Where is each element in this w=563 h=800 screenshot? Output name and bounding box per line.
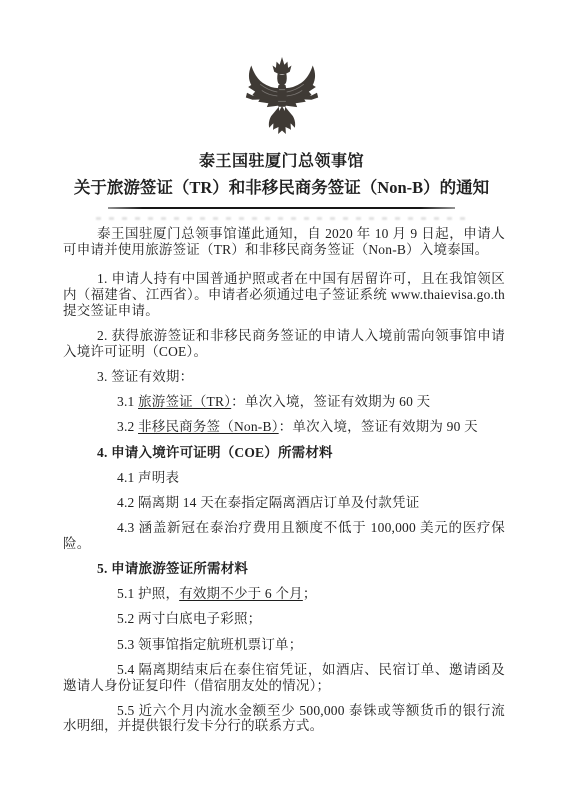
item-1: 1. 申请人持有中国普通护照或者在中国有居留许可，且在我馆领区内（福建省、江西省… <box>63 271 505 318</box>
notice-body: 泰王国驻厦门总领事馆谨此通知，自 2020 年 10 月 9 日起，申请人可申请… <box>63 226 505 734</box>
item-5-1-rest: ； <box>303 586 317 601</box>
item-5-heading: 5. 申请旅游签证所需材料 <box>63 561 505 577</box>
item-3: 3. 签证有效期： <box>63 369 505 385</box>
item-4-1: 4.1 声明表 <box>63 470 505 486</box>
item-5-1-lead: 5.1 护照， <box>117 586 179 601</box>
item-5-1: 5.1 护照，有效期不少于 6 个月； <box>63 586 505 602</box>
item-3-1: 3.1 旅游签证（TR）：单次入境，签证有效期为 60 天 <box>63 394 505 410</box>
item-4-3: 4.3 涵盖新冠在泰治疗费用且额度不低于 100,000 美元的医疗保险。 <box>63 520 505 551</box>
item-3-2-rest: ：单次入境，签证有效期为 90 天 <box>279 419 478 434</box>
item-5-4: 5.4 隔离期结束后在泰住宿凭证，如酒店、民宿订单、邀请函及邀请人身份证复印件（… <box>63 662 505 693</box>
item-5-5: 5.5 近六个月内流水金额至少 500,000 泰铢或等额货币的银行流水明细，并… <box>63 703 505 734</box>
item-3-1-rest: ：单次入境，签证有效期为 60 天 <box>231 394 430 409</box>
item-5-3: 5.3 领事馆指定航班机票订单； <box>63 637 505 653</box>
item-3-2-underlined: 非移民商务签（Non-B） <box>138 419 279 434</box>
item-2: 2. 获得旅游签证和非移民商务签证的申请人入境前需向领事馆申请入境许可证明（CO… <box>63 328 505 359</box>
document-page: 泰王国驻厦门总领事馆 关于旅游签证（TR）和非移民商务签证（Non-B）的通知 … <box>0 0 563 800</box>
item-3-1-underlined: 旅游签证（TR） <box>138 394 231 409</box>
notice-title: 关于旅游签证（TR）和非移民商务签证（Non-B）的通知 <box>0 178 563 197</box>
item-4-2: 4.2 隔离期 14 天在泰指定隔离酒店订单及付款凭证 <box>63 495 505 511</box>
item-5-2: 5.2 两寸白底电子彩照； <box>63 611 505 627</box>
title-divider <box>108 207 455 209</box>
item-3-2-number: 3.2 <box>117 419 138 434</box>
item-3-2: 3.2 非移民商务签（Non-B）：单次入境，签证有效期为 90 天 <box>63 419 505 435</box>
item-3-1-number: 3.1 <box>117 394 138 409</box>
garuda-emblem-icon <box>243 57 321 141</box>
consulate-name: 泰王国驻厦门总领事馆 <box>0 153 563 170</box>
item-5-1-underlined: 有效期不少于 6 个月 <box>179 586 303 601</box>
scan-noise-strip <box>96 217 468 220</box>
intro-paragraph: 泰王国驻厦门总领事馆谨此通知，自 2020 年 10 月 9 日起，申请人可申请… <box>63 226 505 257</box>
item-4-heading: 4. 申请入境许可证明（COE）所需材料 <box>63 445 505 461</box>
emblem <box>243 57 321 146</box>
